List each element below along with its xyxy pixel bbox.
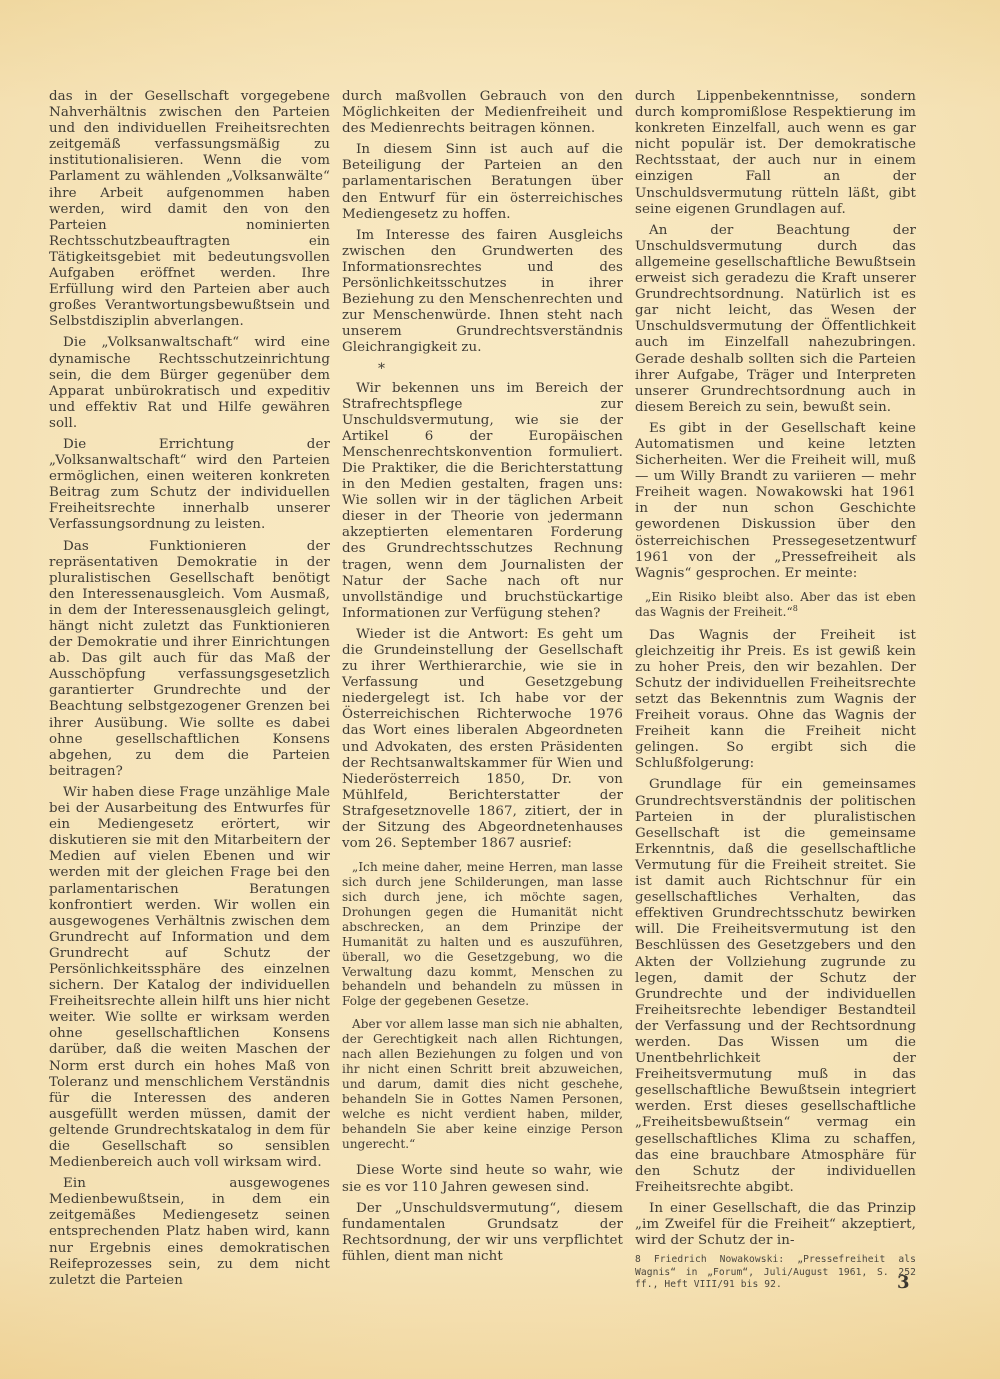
text-column-2: durch maßvollen Gebrauch von den Möglich… [342,89,623,1270]
block-quote: „Ich meine daher, meine Herren, man lass… [342,860,623,1009]
quote-text: „Ein Risiko bleibt also. Aber das ist eb… [635,590,916,619]
block-quote: Aber vor allem lasse man sich nie abhalt… [342,1017,623,1151]
paragraph: Wir bekennen uns im Bereich der Strafrec… [342,381,623,622]
footnote: 8 Friedrich Nowakowski: „Pressefreiheit … [635,1254,916,1291]
paragraph: durch Lippenbekenntnisse, sondern durch … [635,89,916,218]
paragraph: An der Beachtung der Unschuldsvermutung … [635,223,916,416]
paragraph: Grundlage für ein gemeinsames Grundrecht… [635,777,916,1195]
text-column-3: durch Lippenbekenntnisse, sondern durch … [635,89,916,1296]
section-break-asterisk: * [342,362,623,376]
magazine-page: das in der Gesellschaft vorgegebene Nahv… [0,0,1000,1379]
paragraph: durch maßvollen Gebrauch von den Möglich… [342,89,623,137]
paragraph: Im Interesse des fairen Ausgleichs zwisc… [342,228,623,357]
paragraph: Wieder ist die Antwort: Es geht um die G… [342,627,623,852]
paragraph: In diesem Sinn ist auch auf die Beteilig… [342,142,623,222]
paragraph: Wir haben diese Frage unzählige Male bei… [49,785,330,1171]
text-column-1: das in der Gesellschaft vorgegebene Nahv… [49,89,330,1294]
paragraph: Ein ausgewogenes Medienbewußtsein, in de… [49,1176,330,1289]
paragraph: Diese Worte sind heute so wahr, wie sie … [342,1163,623,1195]
paragraph: Der „Unschuldsvermutung“, diesem fundame… [342,1201,623,1265]
page-number: 3 [897,1272,910,1293]
paragraph: Das Wagnis der Freiheit ist gleichzeitig… [635,628,916,773]
paragraph: das in der Gesellschaft vorgegebene Nahv… [49,89,330,330]
paragraph: In einer Gesellschaft, die das Prinzip „… [635,1201,916,1249]
paragraph: Das Funktionieren der repräsentativen De… [49,539,330,780]
paragraph: Die „Volksanwaltschaft“ wird eine dynami… [49,335,330,432]
footnote-reference[interactable]: 8 [793,604,798,613]
paragraph: Es gibt in der Gesellschaft keine Automa… [635,421,916,582]
paragraph: Die Errichtung der „Volksanwaltschaft“ w… [49,437,330,534]
block-quote: „Ein Risiko bleibt also. Aber das ist eb… [635,590,916,620]
